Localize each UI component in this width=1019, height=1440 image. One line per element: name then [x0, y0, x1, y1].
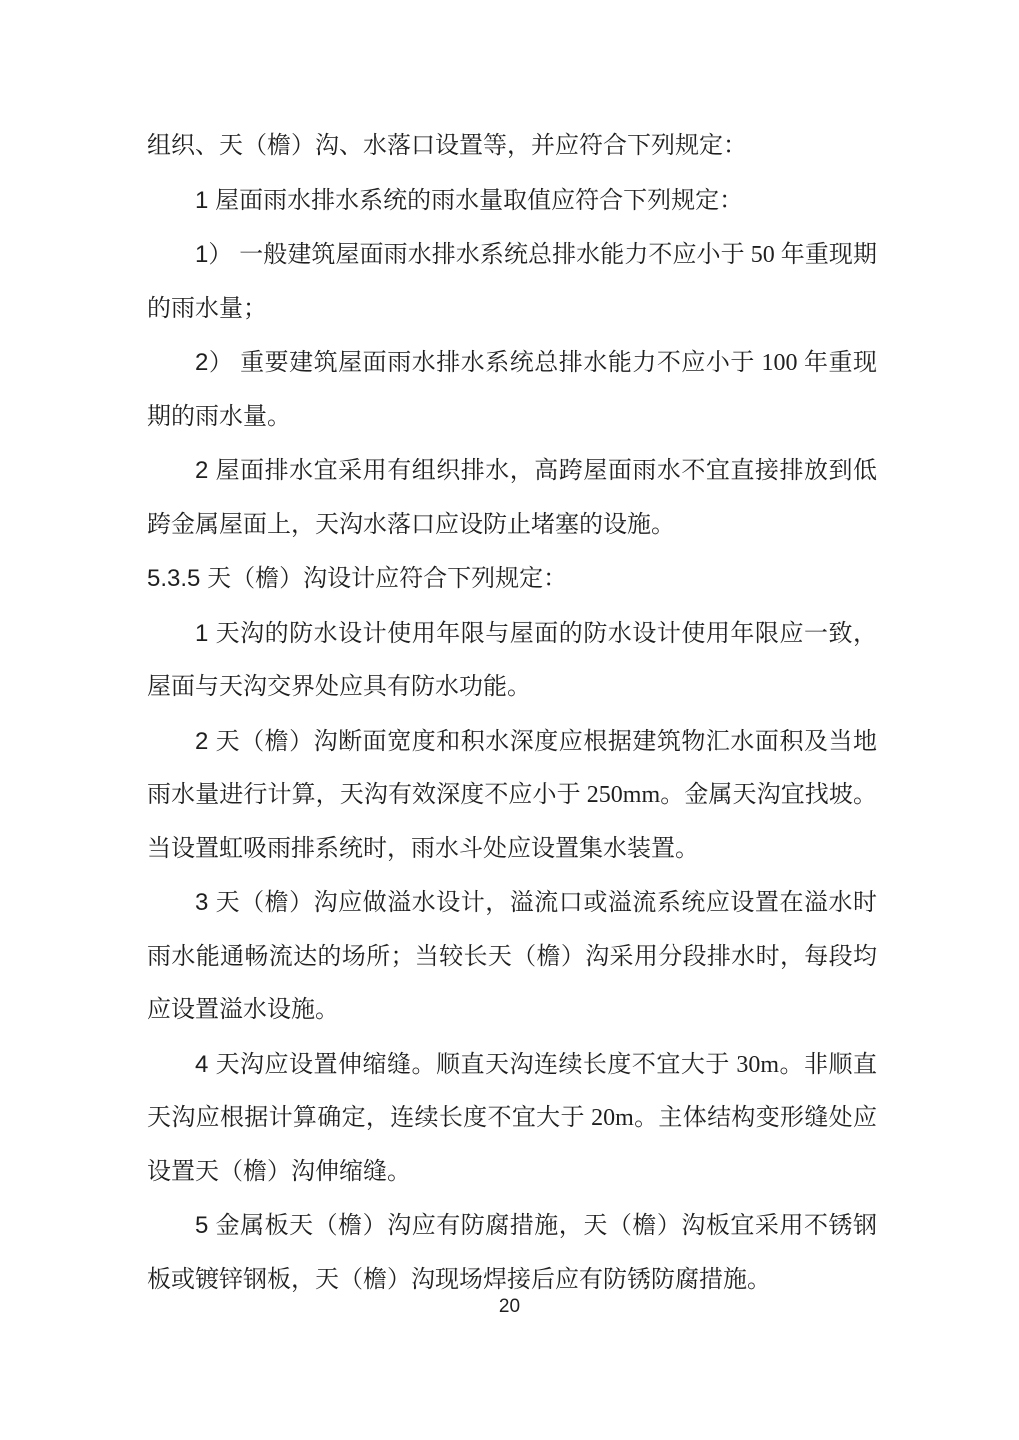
clause-5-3-5-item-2: 2天（檐）沟断面宽度和积水深度应根据建筑物汇水面积及当地雨水量进行计算，天沟有效…: [147, 715, 877, 877]
paragraph-number: 5: [195, 1212, 208, 1239]
clause-item-2: 2屋面排水宜采用有组织排水，高跨屋面雨水不宜直接排放到低跨金属屋面上，天沟水落口…: [147, 444, 877, 552]
paragraph-text: 天（檐）沟断面宽度和积水深度应根据建筑物汇水面积及当地雨水量进行计算，天沟有效深…: [147, 729, 877, 862]
paragraph-text: 组织、天（檐）沟、水落口设置等，并应符合下列规定：: [147, 133, 747, 159]
paragraph-number: 1）: [195, 241, 233, 268]
clause-subitem-2: 2）重要建筑屋面雨水排水系统总排水能力不应小于 100 年重现期的雨水量。: [147, 336, 877, 444]
document-page: 组织、天（檐）沟、水落口设置等，并应符合下列规定： 1屋面雨水排水系统的雨水量取…: [0, 0, 1019, 1440]
paragraph-number: 2: [195, 728, 208, 755]
paragraph-continuation: 组织、天（檐）沟、水落口设置等，并应符合下列规定：: [147, 119, 877, 174]
clause-item-1: 1屋面雨水排水系统的雨水量取值应符合下列规定：: [147, 174, 877, 229]
paragraph-number: 3: [195, 889, 208, 916]
paragraph-text: 一般建筑屋面雨水排水系统总排水能力不应小于 50 年重现期的雨水量；: [147, 242, 877, 322]
paragraph-number: 2: [195, 457, 208, 484]
clause-subitem-1: 1）一般建筑屋面雨水排水系统总排水能力不应小于 50 年重现期的雨水量；: [147, 228, 877, 336]
paragraph-text: 天沟的防水设计使用年限与屋面的防水设计使用年限应一致，屋面与天沟交界处应具有防水…: [147, 621, 877, 701]
paragraph-text: 天（檐）沟应做溢水设计，溢流口或溢流系统应设置在溢水时雨水能通畅流达的场所；当较…: [147, 890, 877, 1023]
clause-5-3-5-item-4: 4天沟应设置伸缩缝。顺直天沟连续长度不宜大于 30m。非顺直天沟应根据计算确定，…: [147, 1038, 877, 1200]
paragraph-text: 屋面排水宜采用有组织排水，高跨屋面雨水不宜直接排放到低跨金属屋面上，天沟水落口应…: [147, 458, 877, 538]
paragraph-number: 1: [195, 187, 208, 214]
document-body-text: 组织、天（檐）沟、水落口设置等，并应符合下列规定： 1屋面雨水排水系统的雨水量取…: [147, 119, 877, 1307]
paragraph-text: 重要建筑屋面雨水排水系统总排水能力不应小于 100 年重现期的雨水量。: [147, 350, 877, 430]
paragraph-text: 屋面雨水排水系统的雨水量取值应符合下列规定：: [215, 188, 743, 214]
paragraph-number: 4: [195, 1051, 208, 1078]
clause-5-3-5-item-3: 3天（檐）沟应做溢水设计，溢流口或溢流系统应设置在溢水时雨水能通畅流达的场所；当…: [147, 876, 877, 1038]
clause-5-3-5-heading: 5.3.5天（檐）沟设计应符合下列规定：: [147, 552, 877, 607]
clause-5-3-5-item-1: 1天沟的防水设计使用年限与屋面的防水设计使用年限应一致，屋面与天沟交界处应具有防…: [147, 607, 877, 715]
paragraph-number: 2）: [195, 349, 233, 376]
page-number: 20: [0, 1296, 1019, 1318]
clause-5-3-5-item-5: 5金属板天（檐）沟应有防腐措施，天（檐）沟板宜采用不锈钢板或镀锌钢板，天（檐）沟…: [147, 1199, 877, 1307]
paragraph-text: 天（檐）沟设计应符合下列规定：: [207, 566, 567, 592]
paragraph-text: 天沟应设置伸缩缝。顺直天沟连续长度不宜大于 30m。非顺直天沟应根据计算确定，连…: [147, 1052, 877, 1185]
paragraph-number: 1: [195, 620, 208, 647]
paragraph-text: 金属板天（檐）沟应有防腐措施，天（檐）沟板宜采用不锈钢板或镀锌钢板，天（檐）沟现…: [147, 1213, 877, 1293]
clause-number: 5.3.5: [147, 565, 200, 592]
